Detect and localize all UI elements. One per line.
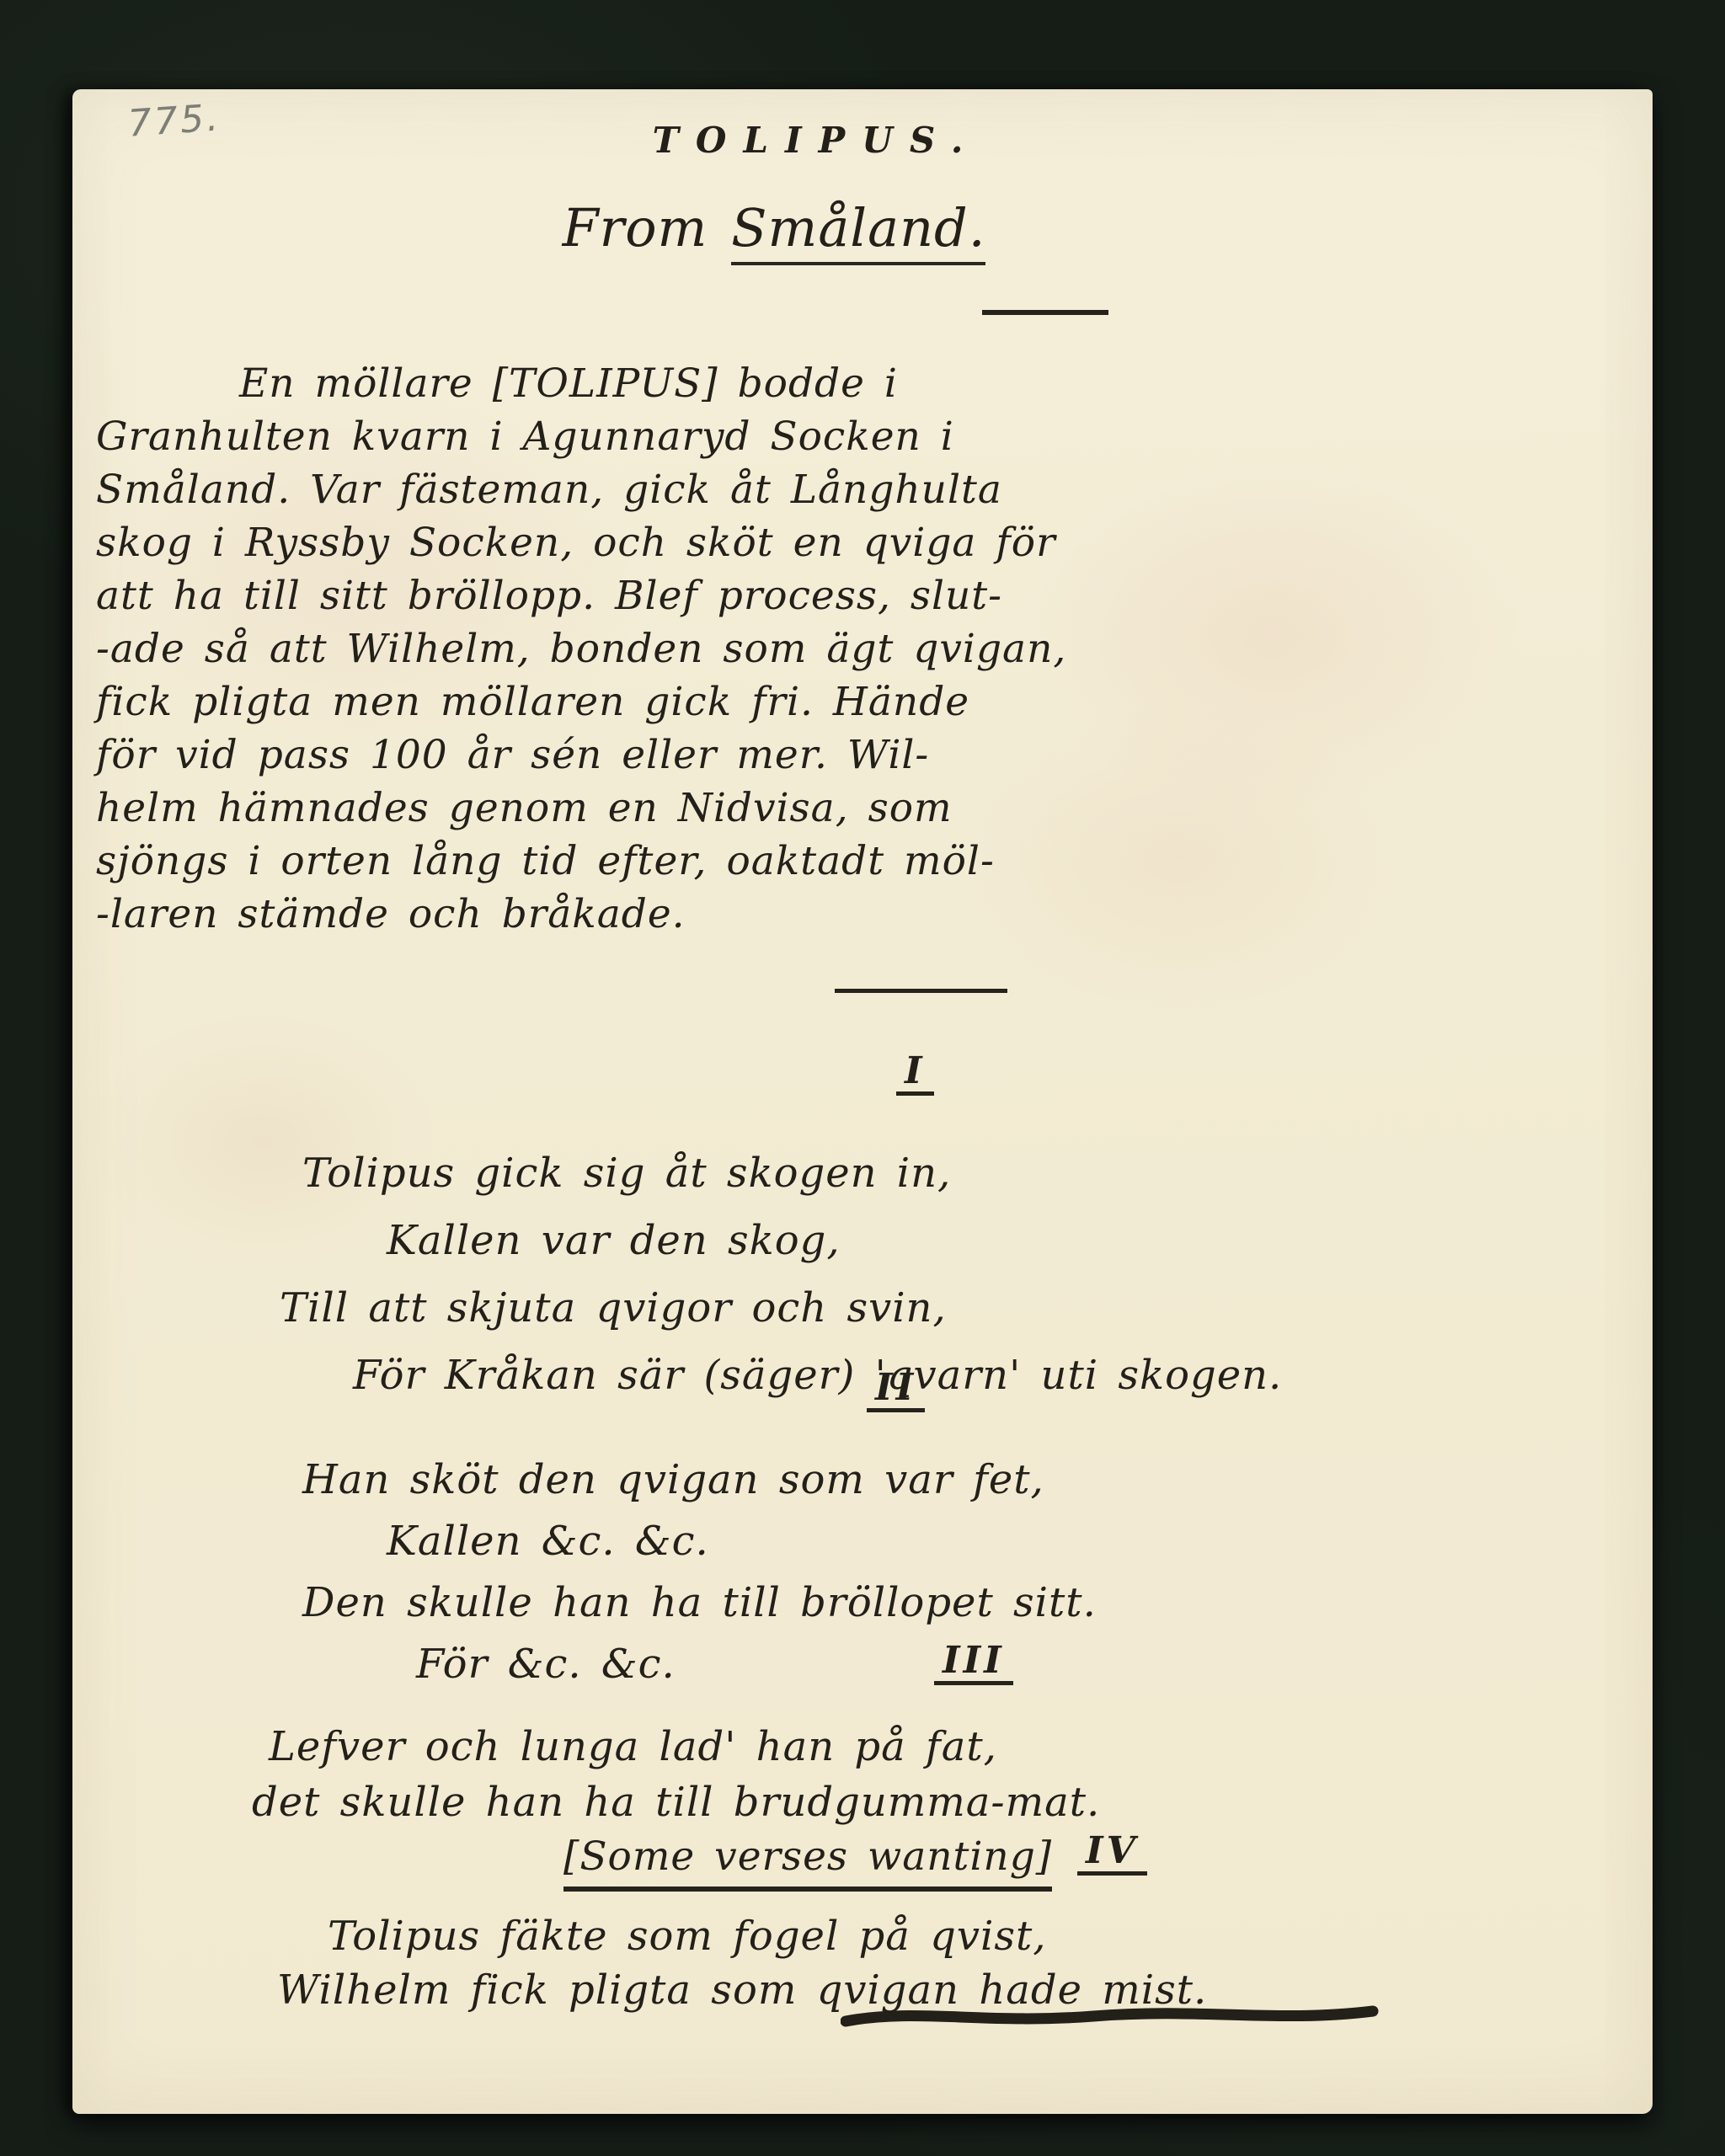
verse-1: I Tolipus gick sig åt skogen in, Kallen … (96, 1051, 1644, 1409)
subtitle-divider-dash (982, 310, 1108, 315)
paragraph-line: -ade så att Wilhelm, bonden som ägt qvig… (96, 622, 1644, 675)
paragraph-line: -laren stämde och bråkade. (96, 888, 1644, 941)
subtitle-place: Småland. (731, 197, 985, 265)
verse-2-numeral: II (867, 1368, 925, 1412)
verse-4-numeral: IV (1077, 1831, 1147, 1876)
verse-4-heading-wrap: IV (1077, 1831, 1644, 1876)
verse-2-heading-wrap: II (867, 1368, 1644, 1412)
subtitle-prefix: From (563, 197, 708, 259)
paragraph-line: fick pligta men möllaren gick fri. Hände (96, 675, 1644, 728)
paragraph-line: Granhulten kvarn i Agunnaryd Socken i (96, 410, 1644, 463)
verse-line: Lefver och lunga lad' han på fat, (269, 1719, 1644, 1774)
paragraph-line: helm hämnades genom en Nidvisa, som (96, 782, 1644, 835)
verse-line: Tolipus gick sig åt skogen in, (302, 1139, 1644, 1207)
page-title: TOLIPUS. (72, 120, 1560, 161)
verse-1-numeral: I (896, 1051, 934, 1096)
verse-3-numeral: III (934, 1641, 1013, 1685)
verse-line: Till att skjuta qvigor och svin, (280, 1274, 1644, 1342)
paragraph-line: Småland. Var fästeman, gick åt Långhulta (96, 463, 1644, 516)
verse-line: Den skulle han ha till bröllopet sitt. (302, 1572, 1644, 1634)
verse-line: det skulle han ha till brudgumma-mat. (252, 1774, 1644, 1830)
verse-3-heading-wrap: III (934, 1641, 1644, 1685)
verse-line: Kallen var den skog, (387, 1207, 1644, 1274)
paragraph-line: En möllare [TOLIPUS] bodde i (96, 357, 1644, 410)
verse-line: Kallen &c. &c. (387, 1511, 1644, 1572)
verse-line: Han sköt den qvigan som var fet, (302, 1449, 1644, 1511)
paragraph-line: sjöngs i orten lång tid efter, oaktadt m… (96, 835, 1644, 888)
closing-flourish-stroke (841, 1999, 1380, 2036)
manuscript-page: 775. TOLIPUS. From Småland. En möllare [… (72, 89, 1653, 2114)
paragraph-line: för vid pass 100 år sén eller mer. Wil- (96, 728, 1644, 782)
verse-line: Tolipus fäkte som fogel på qvist, (328, 1909, 1644, 1963)
page-subtitle: From Småland. (72, 197, 1476, 259)
introduction-paragraph: En möllare [TOLIPUS] bodde i Granhulten … (96, 357, 1644, 941)
section-divider-rule (835, 989, 1007, 993)
verse-4: IV Tolipus fäkte som fogel på qvist, Wil… (96, 1831, 1644, 2017)
verse-1-heading-wrap: I (896, 1051, 1644, 1096)
paragraph-line: att ha till sitt bröllopp. Blef process,… (96, 569, 1644, 622)
paragraph-line: skog i Ryssby Socken, och sköt en qviga … (96, 516, 1644, 569)
